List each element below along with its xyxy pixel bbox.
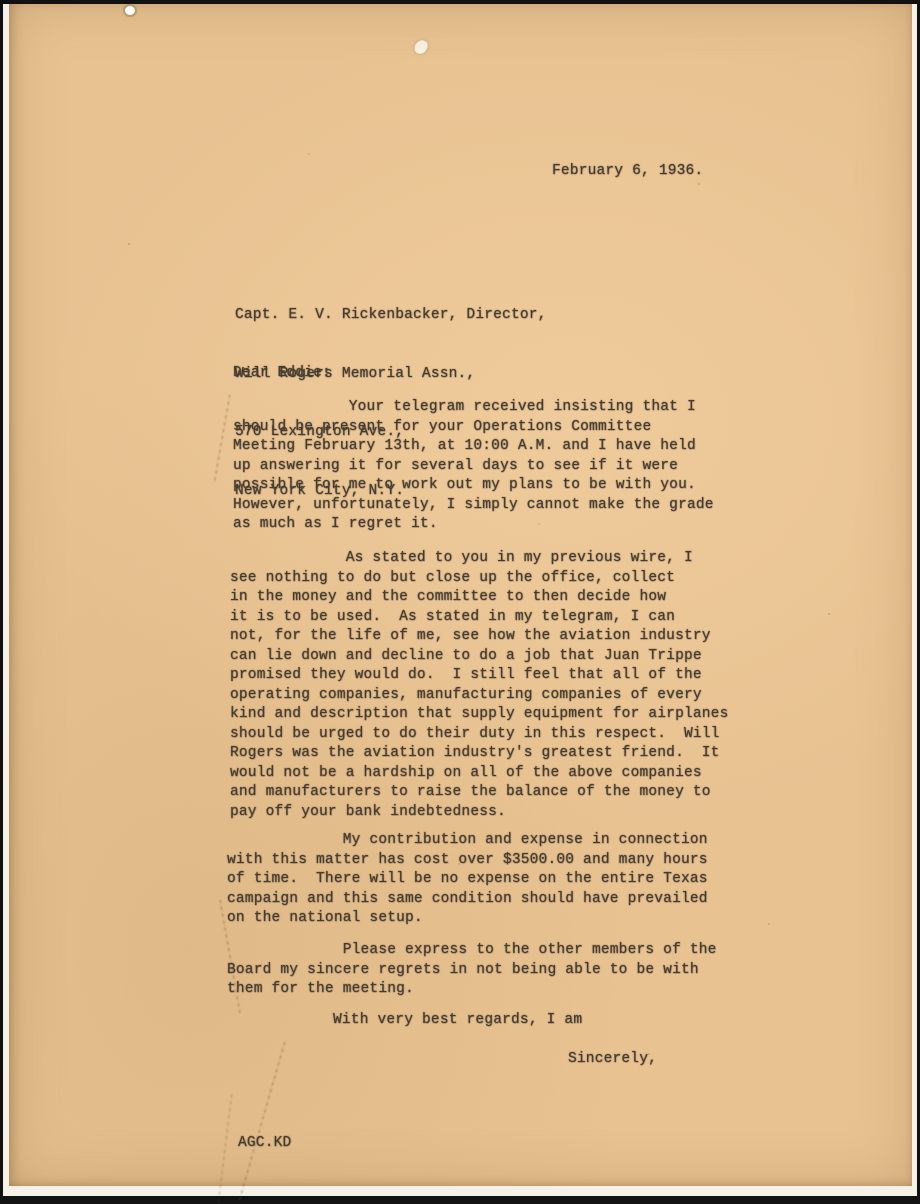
crease-mark — [213, 395, 231, 484]
signoff: Sincerely, — [568, 1050, 657, 1070]
paragraph-1: Your telegram received insisting that I … — [233, 398, 753, 535]
letter-paper: February 6, 1936. Capt. E. V. Rickenback… — [9, 4, 912, 1186]
paper-stain-spot — [125, 6, 135, 15]
typist-initials: AGC.KD — [238, 1134, 291, 1154]
paragraph-3: My contribution and expense in connectio… — [227, 831, 767, 929]
salutation: Dear Eddie: — [233, 364, 331, 384]
paragraph-2: As stated to you in my previous wire, I … — [230, 549, 770, 822]
scan-frame: February 6, 1936. Capt. E. V. Rickenback… — [0, 0, 920, 1200]
paper-scratch-mark — [413, 38, 430, 56]
crease-mark — [217, 1094, 232, 1200]
crease-mark — [238, 1042, 285, 1200]
recipient-name-line: Capt. E. V. Rickenbacker, Director, — [235, 306, 547, 326]
letter-date: February 6, 1936. — [552, 162, 703, 182]
closing-line: With very best regards, I am — [333, 1011, 582, 1031]
paragraph-4: Please express to the other members of t… — [227, 941, 767, 1000]
scan-border-mat: February 6, 1936. Capt. E. V. Rickenback… — [3, 4, 917, 1196]
